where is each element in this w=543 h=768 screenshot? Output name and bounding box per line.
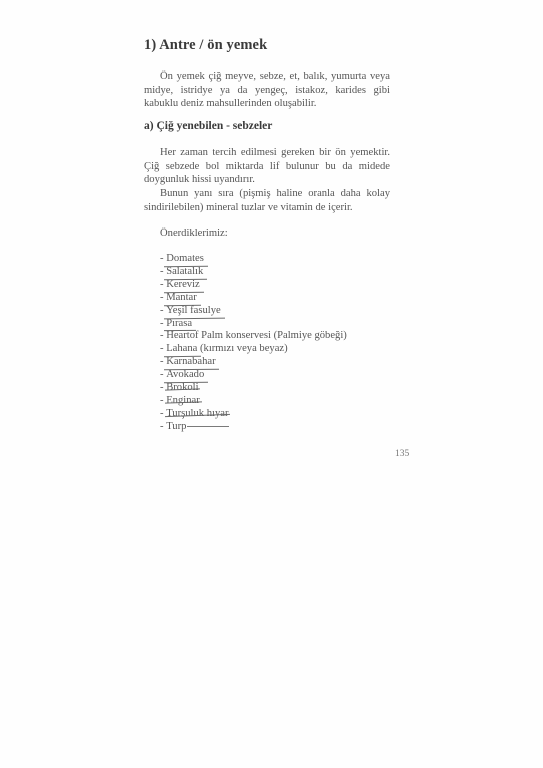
list-item-name: Domates [166, 253, 204, 266]
intro-text: Ön yemek çiğ meyve, sebze, et, balık, yu… [144, 71, 390, 109]
vegetable-list: - Domates- Salatalık- Kereviz- Mantar- Y… [160, 253, 347, 434]
subsection-heading: a) Çiğ yenebilen - sebzeler [144, 120, 272, 132]
list-item: - Enginar [160, 395, 347, 408]
list-item: - Karnabahar [160, 356, 347, 369]
list-item: - Turşuluk hıyar [160, 408, 347, 421]
intro-paragraph: Ön yemek çiğ meyve, sebze, et, balık, yu… [144, 70, 390, 111]
list-item-name: Enginar [166, 395, 200, 408]
list-item-name: Turşuluk hıyar [166, 408, 228, 421]
document-page: 1) Antre / ön yemek Ön yemek çiğ meyve, … [0, 0, 543, 768]
list-lead: Önerdiklerimiz: [160, 228, 228, 239]
list-item-name: Turp [166, 421, 186, 434]
list-item-note: (Palmiye göbeği) [271, 330, 347, 341]
handwritten-line [187, 426, 229, 427]
list-item: - Turp [160, 421, 347, 434]
list-item: - Heartof Palm konservesi (Palmiye göbeğ… [160, 330, 347, 343]
list-item-name: Pırasa [166, 318, 192, 331]
list-item: - Yeşil fasulye [160, 305, 347, 318]
list-item-name: Brokoli [166, 382, 198, 395]
section-title: 1) Antre / ön yemek [144, 37, 267, 54]
list-item: - Domates [160, 253, 347, 266]
list-item-name: Salatalık [166, 266, 203, 279]
list-item-name: Lahana [166, 343, 197, 356]
list-item: - Kereviz [160, 279, 347, 292]
paragraph-text: Her zaman tercih edilmesi gereken bir ön… [144, 147, 390, 185]
body-paragraph-1: Her zaman tercih edilmesi gereken bir ön… [144, 146, 390, 187]
list-item-name: Avokado [166, 369, 204, 382]
list-item-name: Karnabahar [166, 356, 215, 369]
list-item: - Brokoli [160, 382, 347, 395]
body-paragraph-2: Bunun yanı sıra (pişmiş haline oranla da… [144, 187, 390, 214]
list-item: - Mantar [160, 292, 347, 305]
list-item-name: Mantar [166, 292, 197, 305]
list-item-name: Heartof Palm konservesi [166, 330, 271, 343]
list-item: - Salatalık [160, 266, 347, 279]
list-item-name: Kereviz [166, 279, 200, 292]
list-item: - Avokado [160, 369, 347, 382]
list-item-name: Yeşil fasulye [166, 305, 221, 318]
list-item: - Lahana (kırmızı veya beyaz) [160, 343, 347, 356]
list-item: - Pırasa [160, 318, 347, 331]
paragraph-text: Bunun yanı sıra (pişmiş haline oranla da… [144, 188, 390, 213]
page-number: 135 [395, 449, 409, 459]
list-item-note: (kırmızı veya beyaz) [197, 343, 287, 354]
